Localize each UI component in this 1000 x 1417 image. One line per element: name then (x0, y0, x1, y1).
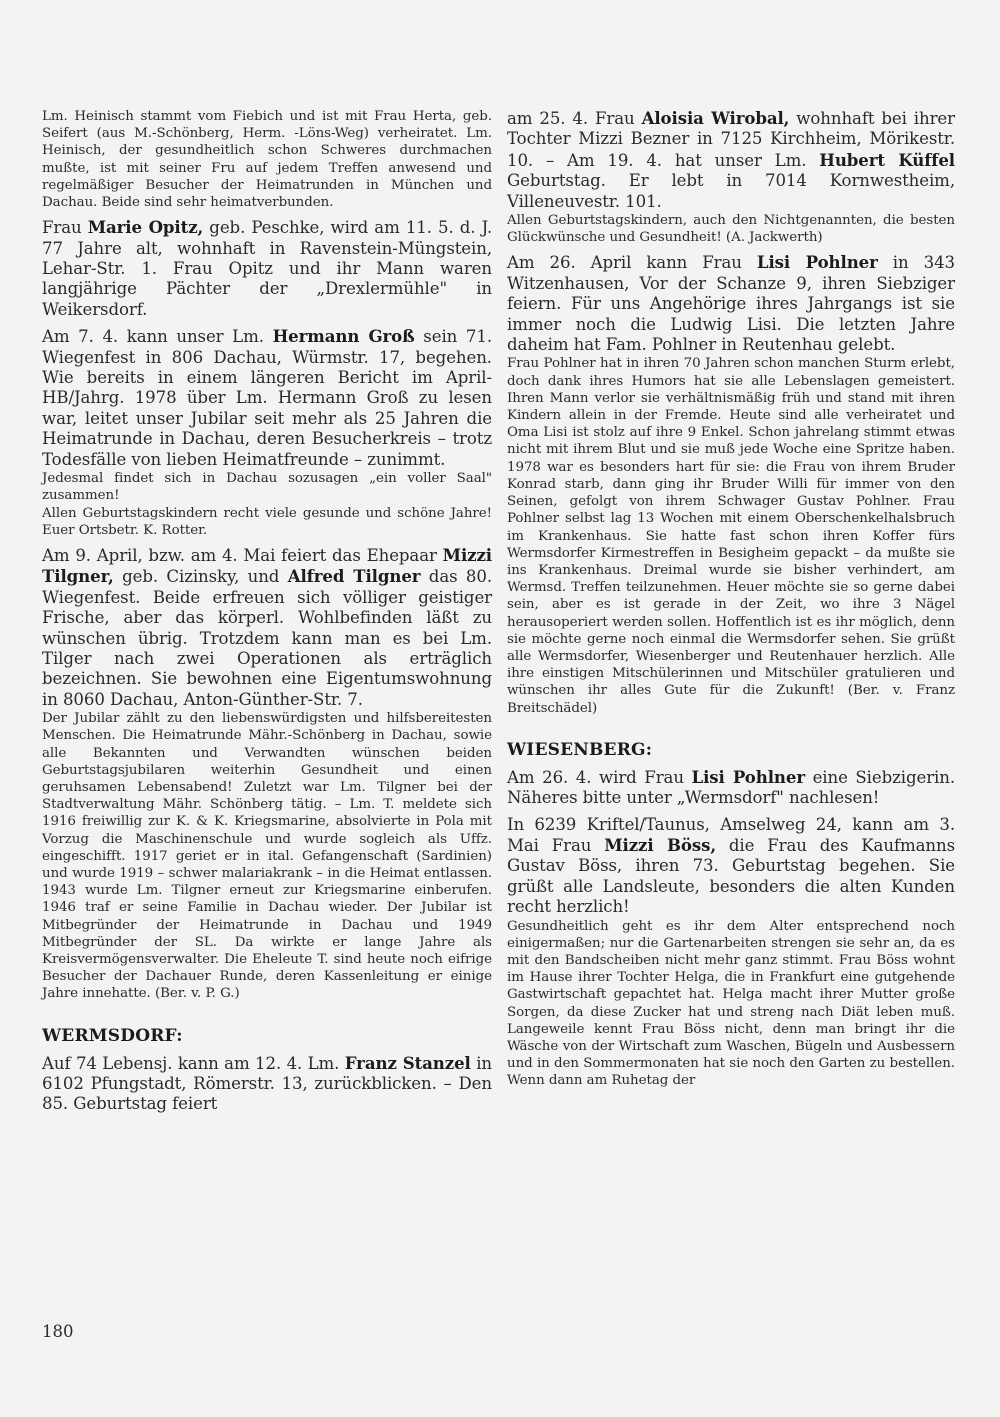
paragraph-boess-story: Gesundheitlich geht es ihr dem Alter ent… (507, 918, 955, 1090)
document-page: Lm. Heinisch stammt vom Fiebich und ist … (0, 0, 1000, 1417)
paragraph-tilgner: Am 9. April, bzw. am 4. Mai feiert das E… (42, 545, 492, 710)
paragraph-gross: Am 7. 4. kann unser Lm. Hermann Groß sei… (42, 326, 492, 470)
paragraph-jubilar: Der Jubilar zählt zu den liebenswürdigst… (42, 710, 492, 1002)
paragraph-boess: In 6239 Kriftel/Taunus, Amselweg 24, kan… (507, 815, 955, 918)
person-name: Alfred Tilgner (288, 566, 421, 586)
right-column: am 25. 4. Frau Aloisia Wirobal, wohnhaft… (507, 108, 955, 1090)
paragraph-pohlner: Am 26. April kann Frau Lisi Pohlner in 3… (507, 252, 955, 355)
person-name: Franz Stanzel (345, 1053, 471, 1073)
person-name: Hubert Küffel (819, 150, 955, 170)
paragraph-stanzel: Auf 74 Lebensj. kann am 12. 4. Lm. Franz… (42, 1053, 492, 1115)
page-number: 180 (42, 1322, 74, 1341)
section-heading-wiesenberg: WIESENBERG: (507, 739, 955, 761)
person-name: Marie Opitz, (88, 217, 203, 237)
left-column: Lm. Heinisch stammt vom Fiebich und ist … (42, 108, 492, 1115)
paragraph-pohlner-wiesenberg: Am 26. 4. wird Frau Lisi Pohlner eine Si… (507, 767, 955, 809)
person-name: Lisi Pohlner (692, 767, 805, 787)
paragraph-opitz: Frau Marie Opitz, geb. Peschke, wird am … (42, 217, 492, 320)
paragraph-greetings-rotter: Allen Geburtstagskindern recht viele ges… (42, 505, 492, 539)
paragraph-wirobal-kueffel: am 25. 4. Frau Aloisia Wirobal, wohnhaft… (507, 108, 955, 212)
person-name: Hermann Groß (273, 326, 415, 346)
person-name: Lisi Pohlner (757, 252, 878, 272)
person-name: Aloisia Wirobal, (642, 108, 790, 128)
paragraph-heinisch: Lm. Heinisch stammt vom Fiebich und ist … (42, 108, 492, 211)
person-name: Mizzi Böss, (604, 835, 716, 855)
paragraph-greetings-jackwerth: Allen Geburtstagskindern, auch den Nicht… (507, 212, 955, 246)
section-heading-wermsdorf: WERMSDORF: (42, 1025, 492, 1047)
paragraph-pohlner-story: Frau Pohlner hat in ihren 70 Jahren scho… (507, 355, 955, 716)
paragraph-dachau-saal: Jedesmal findet sich in Dachau sozusagen… (42, 470, 492, 504)
